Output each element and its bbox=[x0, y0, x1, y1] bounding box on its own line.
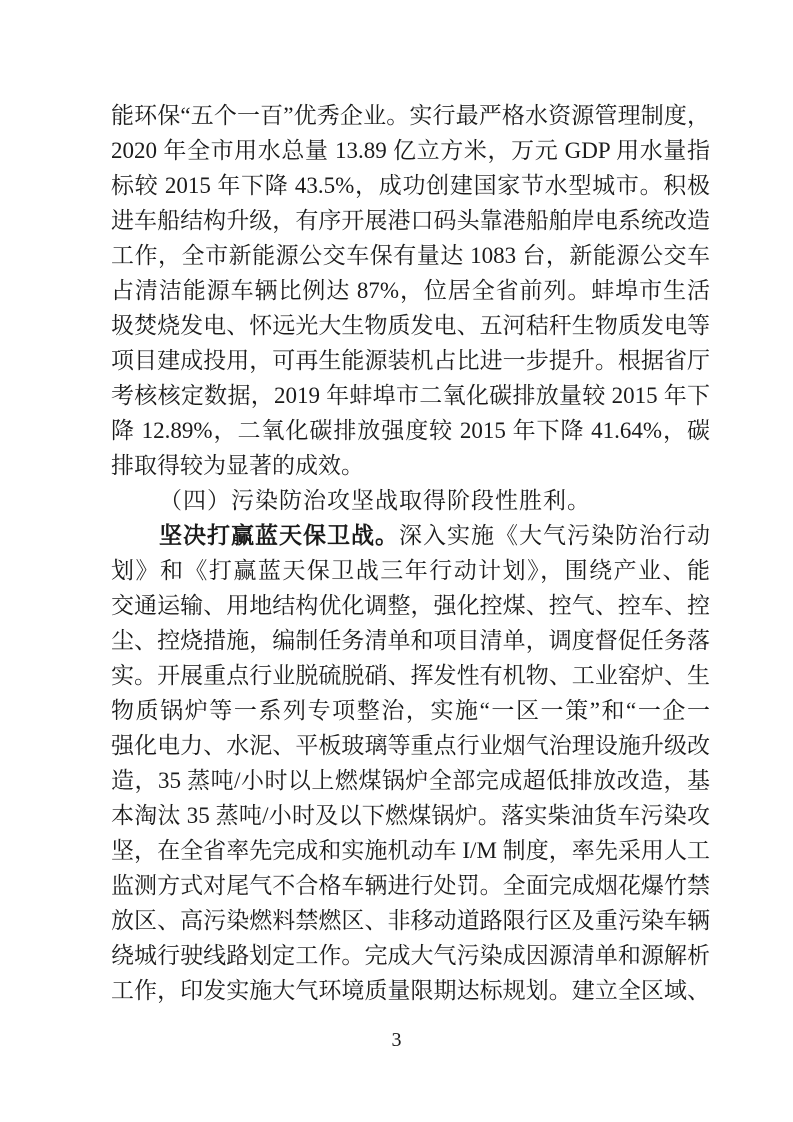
text-line: 占清洁能源车辆比例达 87%，位居全省前列。蚌埠市生活垃 bbox=[111, 273, 710, 308]
text-line: 绕城行驶线路划定工作。完成大气污染成因源清单和源解析 bbox=[111, 938, 710, 973]
text-line: 实。开展重点行业脱硫脱硝、挥发性有机物、工业窑炉、生 bbox=[111, 658, 710, 693]
text-line: 项目建成投用，可再生能源装机占比进一步提升。根据省厅 bbox=[111, 343, 710, 378]
text-line: 排取得较为显著的成效。 bbox=[111, 448, 710, 483]
document-body: 能环保“五个一百”优秀企业。实行最严格水资源管理制度，2020 年全市用水总量 … bbox=[111, 98, 710, 1008]
text-line: （四）污染防治攻坚战取得阶段性胜利。 bbox=[111, 483, 710, 518]
text-line: 强化电力、水泥、平板玻璃等重点行业烟气治理设施升级改 bbox=[111, 728, 710, 763]
text-line: 放区、高污染燃料禁燃区、非移动道路限行区及重污染车辆 bbox=[111, 903, 710, 938]
text-line: 交通运输、用地结构优化调整，强化控煤、控气、控车、控 bbox=[111, 588, 710, 623]
page-number: 3 bbox=[0, 1028, 793, 1052]
text-line: 坚，在全省率先完成和实施机动车 I/M 制度，率先采用人工 bbox=[111, 833, 710, 868]
text-line: 标较 2015 年下降 43.5%，成功创建国家节水型城市。积极推 bbox=[111, 168, 710, 203]
text-line: 造，35 蒸吨/小时以上燃煤锅炉全部完成超低排放改造，基 bbox=[111, 763, 710, 798]
document-page: 能环保“五个一百”优秀企业。实行最严格水资源管理制度，2020 年全市用水总量 … bbox=[0, 0, 793, 1122]
text-line: 尘、控烧措施，编制任务清单和项目清单，调度督促任务落 bbox=[111, 623, 710, 658]
text-line: 进车船结构升级，有序开展港口码头靠港船舶岸电系统改造 bbox=[111, 203, 710, 238]
text-line: 划》和《打赢蓝天保卫战三年行动计划》，围绕产业、能源、 bbox=[111, 553, 710, 588]
text-line: 考核核定数据，2019 年蚌埠市二氧化碳排放量较 2015 年下 bbox=[111, 378, 710, 413]
text-line: 降 12.89%，二氧化碳排放强度较 2015 年下降 41.64%，碳减 bbox=[111, 413, 710, 448]
text-line: 本淘汰 35 蒸吨/小时及以下燃煤锅炉。落实柴油货车污染攻 bbox=[111, 798, 710, 833]
text-line: 工作，全市新能源公交车保有量达 1083 台，新能源公交车 bbox=[111, 238, 710, 273]
text-line: 圾焚烧发电、怀远光大生物质发电、五河秸秆生物质发电等 bbox=[111, 308, 710, 343]
text-line: 监测方式对尾气不合格车辆进行处罚。全面完成烟花爆竹禁 bbox=[111, 868, 710, 903]
text-line: 坚决打赢蓝天保卫战。深入实施《大气污染防治行动计 bbox=[111, 518, 710, 553]
text-line: 工作，印发实施大气环境质量限期达标规划。建立全区域、 bbox=[111, 973, 710, 1008]
text-line: 物质锅炉等一系列专项整治，实施“一区一策”和“一企一策”。 bbox=[111, 693, 710, 728]
bold-heading-run: 坚决打赢蓝天保卫战。 bbox=[159, 523, 399, 548]
text-line: 2020 年全市用水总量 13.89 亿立方米，万元 GDP 用水量指 bbox=[111, 133, 710, 168]
text-line: 能环保“五个一百”优秀企业。实行最严格水资源管理制度， bbox=[111, 98, 710, 133]
